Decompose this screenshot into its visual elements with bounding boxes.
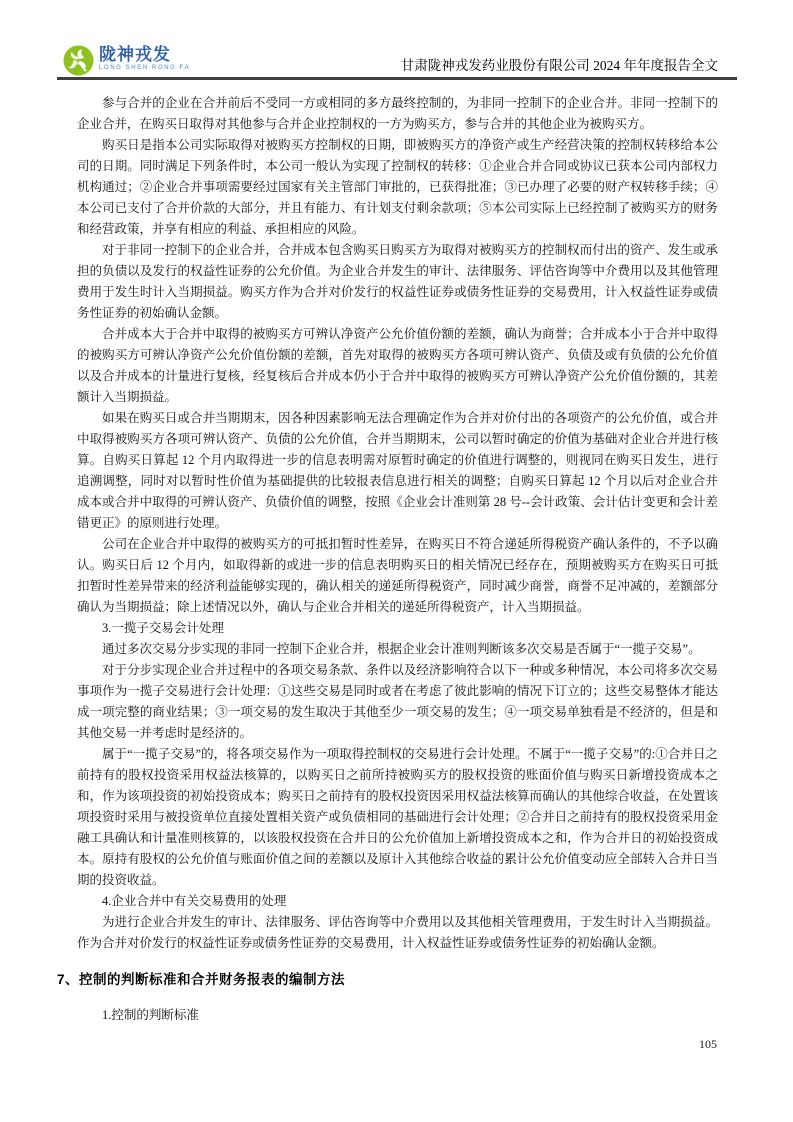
- paragraph: 4.企业合并中有关交易费用的处理: [77, 891, 718, 912]
- paragraph: 对于分步实现企业合并过程中的各项交易条款、条件以及经济影响符合以下一种或多种情况…: [77, 660, 718, 744]
- paragraph: 参与合并的企业在合并前后不受同一方或相同的多方最终控制的，为非同一控制下的企业合…: [77, 93, 718, 135]
- section-heading: 7、控制的判断标准和合并财务报表的编制方法: [57, 968, 345, 988]
- paragraph: 通过多次交易分步实现的非同一控制下企业合并，根据企业会计准则判断该多次交易是否属…: [77, 639, 718, 660]
- sub-item-heading: 1.控制的判断标准: [77, 1005, 199, 1026]
- paragraph: 3.一揽子交易会计处理: [77, 618, 718, 639]
- paragraph: 购买日是指本公司实际取得对被购买方控制权的日期，即被购买方的净资产或生产经营决策…: [77, 135, 718, 240]
- document-body: 参与合并的企业在合并前后不受同一方或相同的多方最终控制的，为非同一控制下的企业合…: [77, 93, 718, 954]
- paragraph: 公司在企业合并中取得的被购买方的可抵扣暂时性差异，在购买日不符合递延所得税资产确…: [77, 534, 718, 618]
- paragraph: 属于“一揽子交易”的，将各项交易作为一项取得控制权的交易进行会计处理。不属于“一…: [77, 744, 718, 891]
- company-logo: 陇神戎发 LONG SHEN RONG FA: [63, 45, 190, 76]
- paragraph: 为进行企业合并发生的审计、法律服务、评估咨询等中介费用以及其他相关管理费用，于发…: [77, 912, 718, 954]
- logo-subtitle: LONG SHEN RONG FA: [99, 64, 190, 72]
- header-divider: [57, 77, 737, 80]
- page-number: 105: [699, 1037, 717, 1052]
- logo-icon: [63, 45, 94, 76]
- paragraph: 合并成本大于合并中取得的被购买方可辨认净资产公允价值份额的差额，确认为商誉；合并…: [77, 324, 718, 408]
- report-page: 陇神戎发 LONG SHEN RONG FA 甘肃陇神戎发药业股份有限公司 20…: [0, 0, 793, 1122]
- paragraph: 对于非同一控制下的企业合并，合并成本包含购买日购买方为取得对被购买方的控制权而付…: [77, 240, 718, 324]
- logo-company-name: 陇神戎发: [99, 45, 190, 64]
- report-header-title: 甘肃陇神戎发药业股份有限公司 2024 年年度报告全文: [401, 58, 718, 74]
- logo-text: 陇神戎发 LONG SHEN RONG FA: [99, 45, 190, 72]
- paragraph: 如果在购买日或合并当期期末，因各种因素影响无法合理确定作为合并对价付出的各项资产…: [77, 408, 718, 534]
